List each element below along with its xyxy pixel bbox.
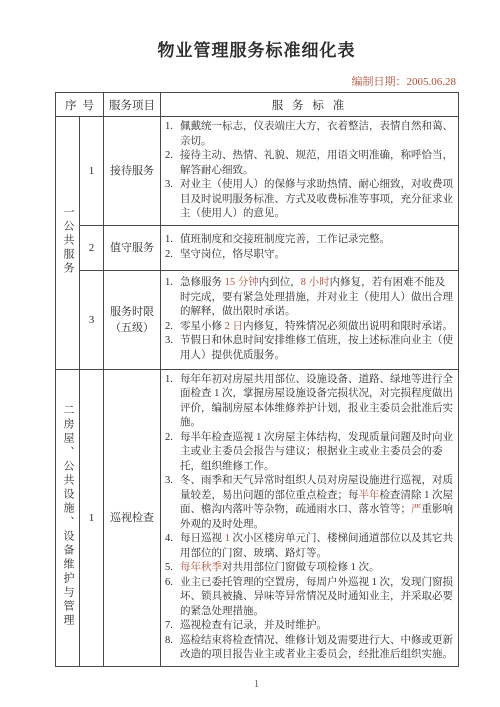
table-header-row: 序号 服务项目 服 务 标 准: [56, 93, 459, 117]
group-title-cell: 一公共服务: [56, 117, 80, 370]
standard-item-number: 2.: [165, 248, 180, 263]
text-segment: 每年年初对房屋共用部位、设施设备、道路、绿地等进行全面检查 1 次，掌握房屋设施…: [180, 374, 453, 429]
standard-item: 8.巡检结束将检查情况、维修计划及需要进行大、中修或更新改造的项目报告业主或者业…: [165, 634, 453, 663]
standard-item-number: 3.: [165, 178, 180, 222]
standard-item-number: 1.: [165, 120, 180, 149]
table-row: 二房屋、公共设施、设备维护与管理1巡视检查1.每年年初对房屋共用部位、设施设备、…: [56, 369, 459, 666]
service-item: 服务时限（五级）: [104, 270, 161, 369]
standard-item-number: 3.: [165, 334, 180, 363]
text-segment: 业主已委托管理的空置房，每周户外巡视 1 次，发现门窗损坏、锁具被撬、异味等异常…: [180, 577, 453, 617]
text-segment: 对业主（使用人）的保修与求助热情、耐心细致，对收费项目及时说明服务标准、方式及收…: [180, 179, 453, 219]
standard-item: 4.每日巡视 1 次小区楼房单元门、楼梯间通道部位以及其它共用部位的门窗、玻璃、…: [165, 532, 453, 561]
document-page: 物业管理服务标准细化表 编制日期：2005.06.28 序号 服务项目 服 务 …: [0, 0, 500, 690]
highlighted-text: 15 分钟: [225, 277, 259, 288]
page-number: 1: [55, 679, 458, 690]
text-segment: 值班制度和交接班制度完善，工作记录完整。: [180, 234, 390, 245]
text-segment: 内修复，特殊情况必须做出说明和限时承诺。: [243, 321, 453, 332]
standard-item: 1.每年年初对房屋共用部位、设施设备、道路、绿地等进行全面检查 1 次，掌握房屋…: [165, 373, 453, 431]
highlighted-text: 8 小时: [301, 277, 330, 288]
standard-item: 1.急修服务 15 分钟内到位，8 小时内修复，若有困难不能及时完成，要有紧急处…: [165, 276, 453, 320]
header-col-item: 服务项目: [104, 93, 161, 117]
standard-item-text: 节假日和休息时间安排维修工值班，按上述标准向业主（使用人）提供优质服务。: [180, 334, 453, 363]
header-col-standard: 服 务 标 准: [161, 93, 459, 117]
standard-item: 2.接待主动、热情、礼貌、规范，用语文明准确，称呼恰当，解答耐心细致。: [165, 149, 453, 178]
standard-item-text: 业主已委托管理的空置房，每周户外巡视 1 次，发现门窗损坏、锁具被撬、异味等异常…: [180, 576, 453, 620]
row-number: 1: [80, 369, 104, 666]
standard-item-number: 6.: [165, 576, 180, 620]
group-title: 一公共服务: [62, 206, 73, 276]
table-body: 一公共服务1接待服务1.佩戴统一标志，仪表端庄大方，衣着整洁，表情自然和蔼、亲切…: [56, 117, 459, 667]
standard-item-text: 每半年检查巡视 1 次房屋主体结构，发现质量问题及时向业主或业主委员会报告与建议…: [180, 431, 453, 475]
standard-item: 3.对业主（使用人）的保修与求助热情、耐心细致，对收费项目及时说明服务标准、方式…: [165, 178, 453, 222]
header-col-no: 序号: [56, 93, 104, 117]
standard-item-number: 2.: [165, 149, 180, 178]
standard-item-number: 3.: [165, 474, 180, 532]
standard-item-text: 接待主动、热情、礼貌、规范，用语文明准确，称呼恰当，解答耐心细致。: [180, 149, 453, 178]
table-row: 2值守服务1.值班制度和交接班制度完善，工作记录完整。2.坚守岗位，恪尽职守。: [56, 225, 459, 270]
standard-item-number: 2.: [165, 320, 180, 335]
standard-item-text: 值班制度和交接班制度完善，工作记录完整。: [180, 233, 453, 248]
text-segment: 佩戴统一标志，仪表端庄大方，衣着整洁，表情自然和蔼、亲切。: [180, 121, 453, 147]
standard-item: 6.业主已委托管理的空置房，每周户外巡视 1 次，发现门窗损坏、锁具被撬、异味等…: [165, 576, 453, 620]
standard-item-number: 1.: [165, 233, 180, 248]
standard-item-text: 急修服务 15 分钟内到位，8 小时内修复，若有困难不能及时完成，要有紧急处理措…: [180, 276, 453, 320]
standard-item: 1.佩戴统一标志，仪表端庄大方，衣着整洁，表情自然和蔼、亲切。: [165, 120, 453, 149]
standard-item: 2.零星小修 2 日内修复，特殊情况必须做出说明和限时承诺。: [165, 320, 453, 335]
standard-item-text: 每年秋季对共用部位门窗做专项检修 1 次。: [180, 561, 453, 576]
standard-item-text: 对业主（使用人）的保修与求助热情、耐心细致，对收费项目及时说明服务标准、方式及收…: [180, 178, 453, 222]
group-title: 二房屋、公共设施、设备维护与管理: [62, 404, 73, 628]
standard-item-text: 每年年初对房屋共用部位、设施设备、道路、绿地等进行全面检查 1 次，掌握房屋设施…: [180, 373, 453, 431]
row-number: 3: [80, 270, 104, 369]
text-segment: 每日巡视: [180, 533, 225, 544]
standard-item-text: 巡视检查有记录，并及时维护。: [180, 619, 453, 634]
service-standard-table: 序号 服务项目 服 务 标 准 一公共服务1接待服务1.佩戴统一标志，仪表端庄大…: [55, 92, 459, 667]
standard-item-number: 4.: [165, 532, 180, 561]
standard-item: 2.坚守岗位，恪尽职守。: [165, 248, 453, 263]
standard-item-number: 5.: [165, 561, 180, 576]
text-segment: 内到位，: [259, 277, 301, 288]
standard-item-text: 坚守岗位，恪尽职守。: [180, 248, 453, 263]
service-standard-cell: 1.急修服务 15 分钟内到位，8 小时内修复，若有困难不能及时完成，要有紧急处…: [161, 270, 459, 369]
standard-item-text: 巡检结束将检查情况、维修计划及需要进行大、中修或更新改造的项目报告业主或者业主委…: [180, 634, 453, 663]
highlighted-text: 严: [411, 504, 422, 515]
standard-item-number: 7.: [165, 619, 180, 634]
standard-item-number: 1.: [165, 276, 180, 320]
text-segment: 对共用部位门窗做专项检修 1 次。: [222, 562, 380, 573]
standard-item-number: 2.: [165, 431, 180, 475]
standard-item: 5.每年秋季对共用部位门窗做专项检修 1 次。: [165, 561, 453, 576]
standard-item: 2.每半年检查巡视 1 次房屋主体结构，发现质量问题及时向业主或业主委员会报告与…: [165, 431, 453, 475]
service-item: 巡视检查: [104, 369, 161, 666]
text-segment: 坚守岗位，恪尽职守。: [180, 249, 285, 260]
text-segment: 巡检结束将检查情况、维修计划及需要进行大、中修或更新改造的项目报告业主或者业主委…: [180, 635, 453, 661]
service-standard-cell: 1.每年年初对房屋共用部位、设施设备、道路、绿地等进行全面检查 1 次，掌握房屋…: [161, 369, 459, 666]
text-segment: 节假日和休息时间安排维修工值班，按上述标准向业主（使用人）提供优质服务。: [180, 335, 453, 361]
standard-item: 3.冬、雨季和天气异常时组织人员对房屋设施进行巡视，对质量较差，易出问题的部位重…: [165, 474, 453, 532]
standard-item: 7.巡视检查有记录，并及时维护。: [165, 619, 453, 634]
text-segment: 急修服务: [180, 277, 225, 288]
standard-item-text: 每日巡视 1 次小区楼房单元门、楼梯间通道部位以及其它共用部位的门窗、玻璃、路灯…: [180, 532, 453, 561]
page-title: 物业管理服务标准细化表: [55, 36, 458, 61]
text-segment: 每半年检查巡视 1 次房屋主体结构，发现质量问题及时向业主或业主委员会报告与建议…: [180, 432, 453, 472]
service-item: 值守服务: [104, 225, 161, 270]
standard-item: 1.值班制度和交接班制度完善，工作记录完整。: [165, 233, 453, 248]
standard-item: 3.节假日和休息时间安排维修工值班，按上述标准向业主（使用人）提供优质服务。: [165, 334, 453, 363]
text-segment: 零星小修: [180, 321, 225, 332]
date-label: 编制日期：2005.06.28: [55, 73, 456, 89]
standard-item-text: 佩戴统一标志，仪表端庄大方，衣着整洁，表情自然和蔼、亲切。: [180, 120, 453, 149]
row-number: 1: [80, 117, 104, 226]
highlighted-text: 半年: [359, 490, 380, 501]
text-segment: 巡视检查有记录，并及时维护。: [180, 620, 327, 631]
standard-item-text: 零星小修 2 日内修复，特殊情况必须做出说明和限时承诺。: [180, 320, 453, 335]
table-row: 3服务时限（五级）1.急修服务 15 分钟内到位，8 小时内修复，若有困难不能及…: [56, 270, 459, 369]
standard-item-number: 8.: [165, 634, 180, 663]
highlighted-text: 2 日: [225, 321, 243, 332]
document-container: 物业管理服务标准细化表 编制日期：2005.06.28 序号 服务项目 服 务 …: [55, 36, 458, 690]
text-segment: 接待主动、热情、礼貌、规范，用语文明准确，称呼恰当，解答耐心细致。: [180, 150, 453, 176]
service-item: 接待服务: [104, 117, 161, 226]
table-row: 一公共服务1接待服务1.佩戴统一标志，仪表端庄大方，衣着整洁，表情自然和蔼、亲切…: [56, 117, 459, 226]
standard-item-number: 1.: [165, 373, 180, 431]
service-standard-cell: 1.值班制度和交接班制度完善，工作记录完整。2.坚守岗位，恪尽职守。: [161, 225, 459, 270]
standard-item-text: 冬、雨季和天气异常时组织人员对房屋设施进行巡视，对质量较差，易出问题的部位重点检…: [180, 474, 453, 532]
service-standard-cell: 1.佩戴统一标志，仪表端庄大方，衣着整洁，表情自然和蔼、亲切。2.接待主动、热情…: [161, 117, 459, 226]
row-number: 2: [80, 225, 104, 270]
highlighted-text: 每年秋季: [180, 562, 222, 573]
group-title-cell: 二房屋、公共设施、设备维护与管理: [56, 369, 80, 666]
